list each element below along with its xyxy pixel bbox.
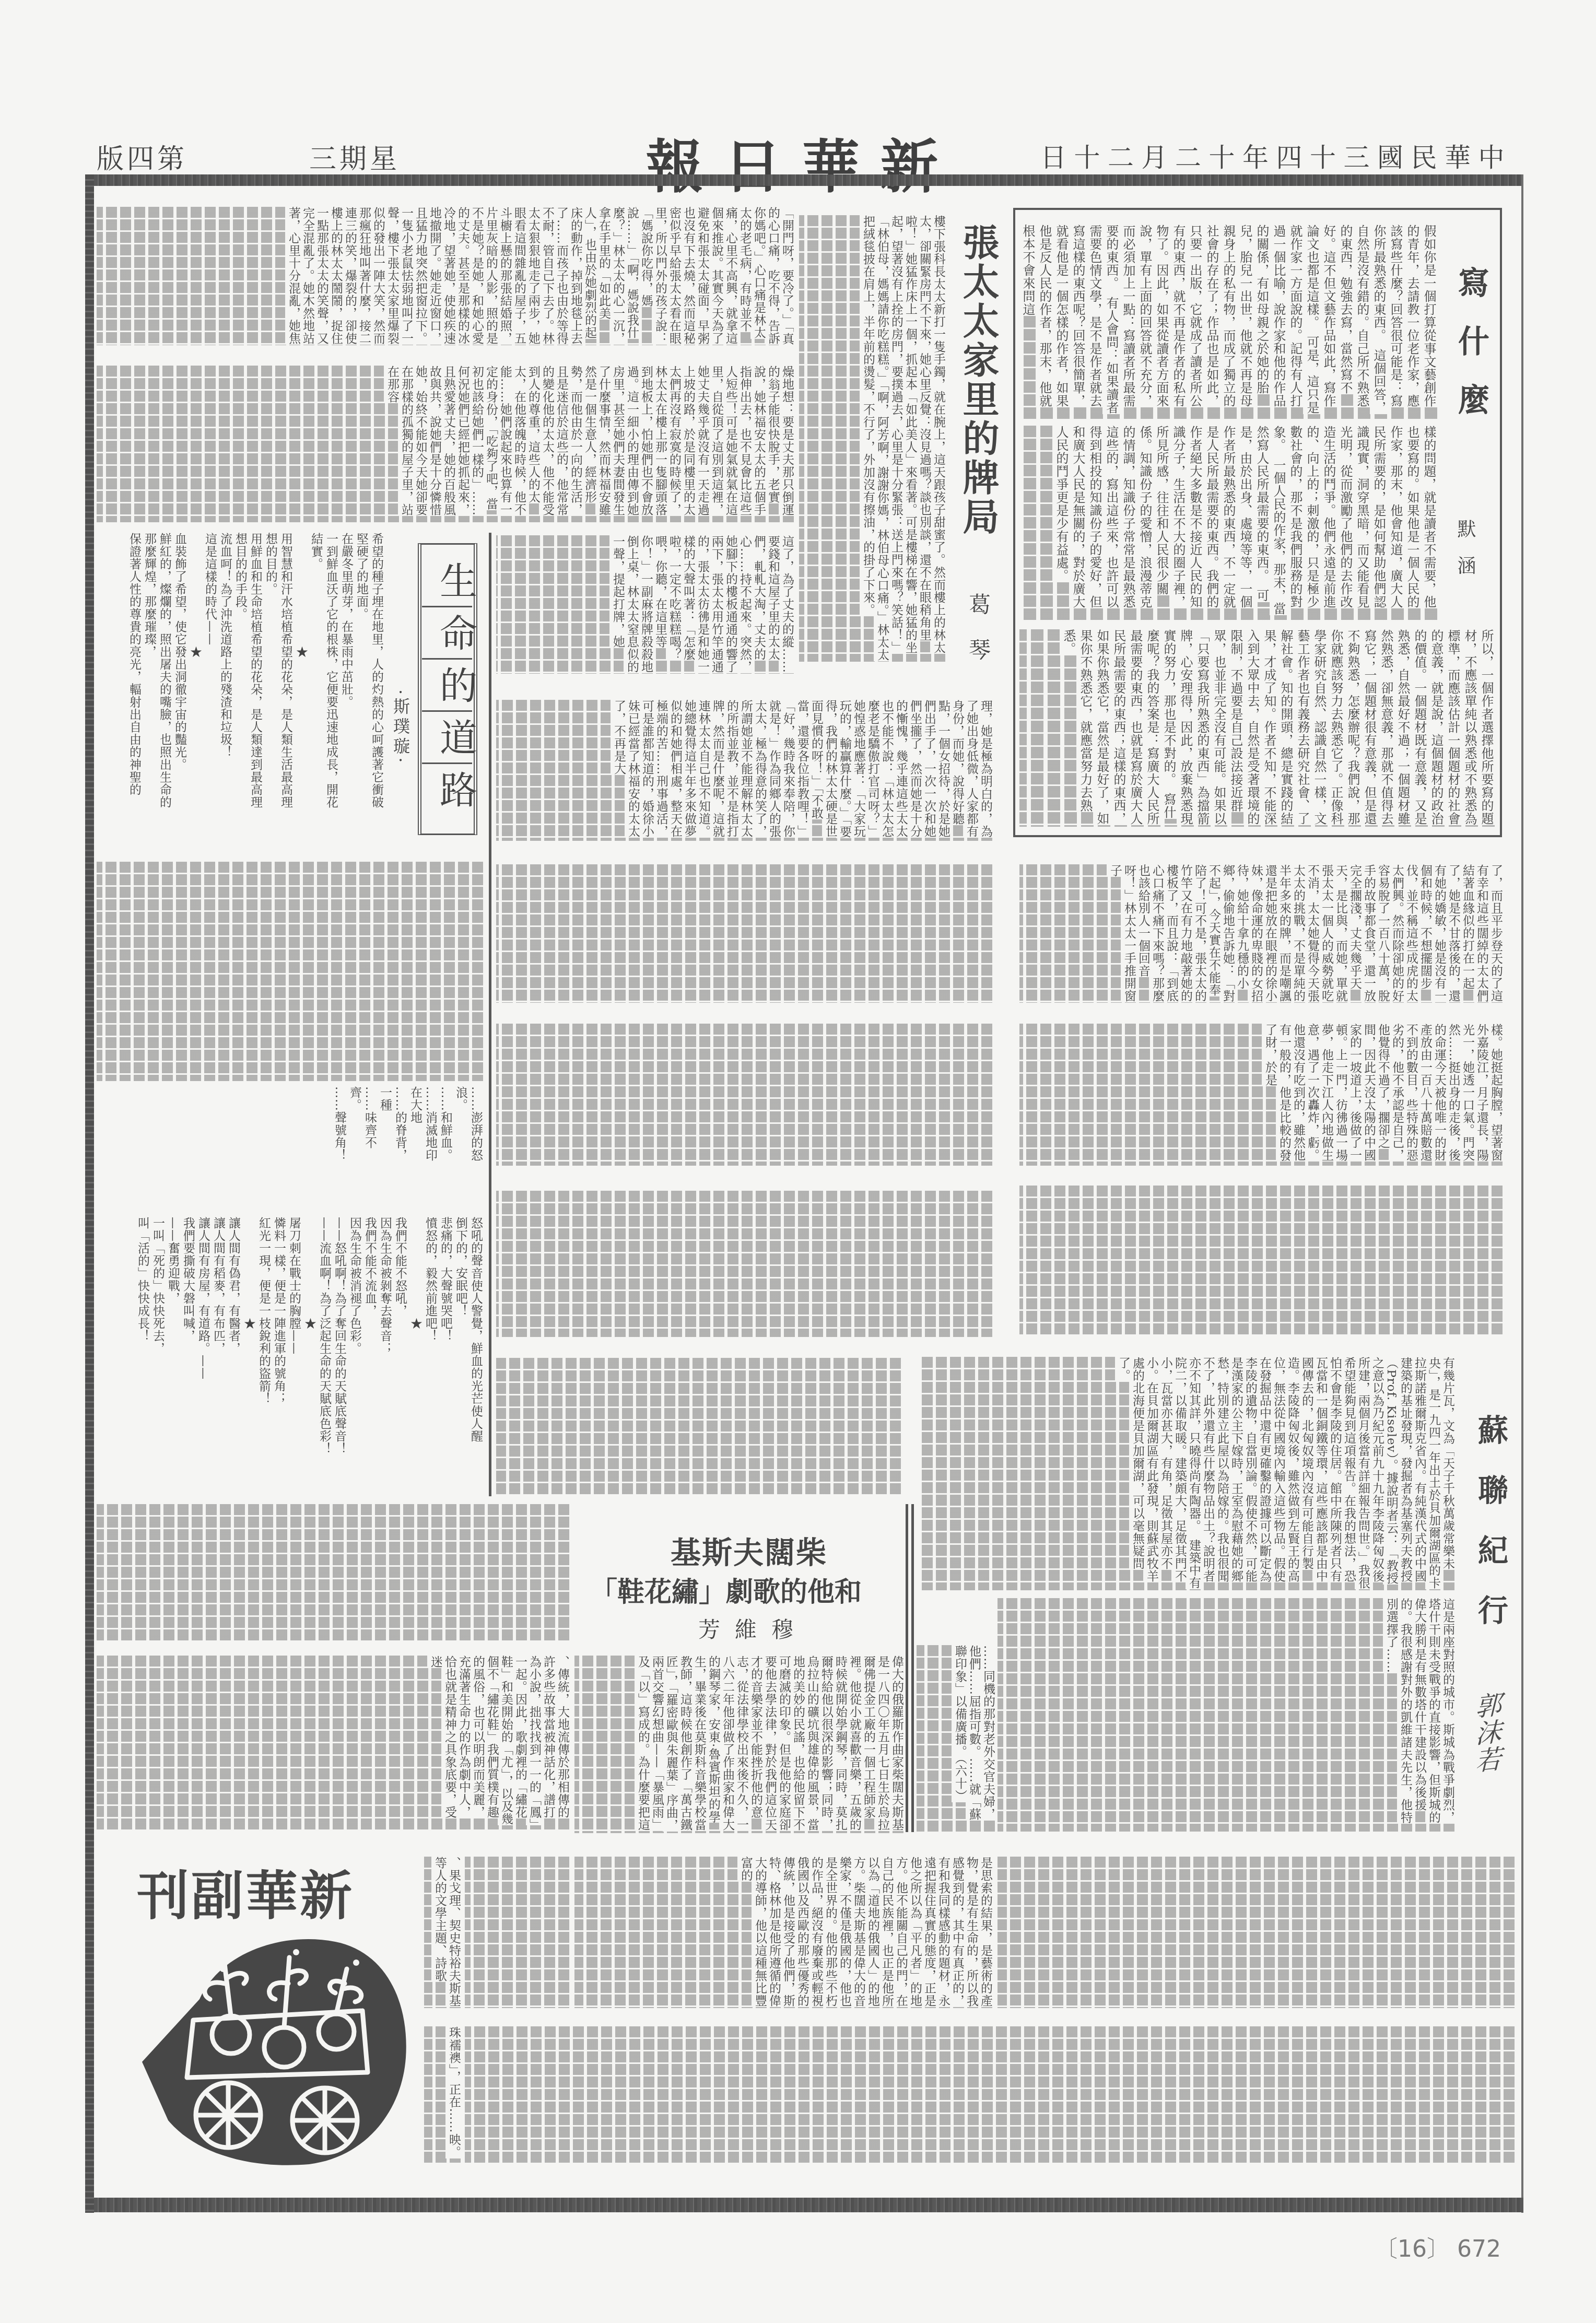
article-title: 寫什麼 [1449, 266, 1494, 442]
page-stamp: 〔16〕 672 [1375, 2230, 1501, 2263]
newspaper-page: 第四版 星期三 新華日報 中華民國三十四年十二月二十日 寫什麼 默涵 假如你是一… [0, 0, 1596, 2323]
edition-label: 第四版 [97, 137, 187, 176]
body-text: 理，她是極為明白的，為了她出身低微，人家都有身份，而她，說得好聽點，一個女招待，… [611, 700, 992, 838]
article-text-block: 樣的問題，就是讀者不需要，他也要寫的。如果他是一個人民的作家，那末，他會知道，廣… [1019, 426, 1437, 620]
illegible-text-block [496, 1191, 992, 1337]
right-border-rule [1521, 174, 1523, 2213]
woodcut-illustration [137, 1921, 411, 2166]
body-text: 偉大的俄羅斯作曲家柴闊夫斯基是一八四〇年五月七日生於烏拉爾佛提金工廠的一個工程師… [635, 1656, 903, 1832]
article-text-block: 「開門呀，要冷了。」「真的心口痛，吃不得，告訴你媽吧。」心口痛是林太太的老毛病，… [97, 207, 794, 345]
article-author: 穆維芳 [698, 1613, 808, 1644]
illegible-text-block [1019, 1186, 1503, 1334]
author-signature: 郭沫若 [1468, 1690, 1505, 1776]
body-text: 這是兩座對照的城市。斯城為戰爭劇烈，塔什干則未受戰爭的直接影響，但斯城的偉大勝利… [1383, 1598, 1454, 1824]
article-text-block: 理，她是極為明白的，為了她出身低微，人家都有身份，而她，說得好聽點，一個女招待，… [496, 700, 992, 841]
article-author: 默涵 [1452, 519, 1478, 592]
article-title: 蘇聯紀行 [1469, 1414, 1512, 1655]
title-separator [422, 606, 472, 607]
body-text: 這了，為了丈夫的縱……要錢和這屋子里的太太們，軋軋大淘，丈夫的心……持不起來。突… [609, 535, 794, 673]
poem-author-line: ·斯璞璇· [389, 689, 413, 766]
poem-author: 斯璞璇 [391, 698, 410, 757]
article-title: 張太太家里的牌局 [952, 224, 1005, 537]
body-text: 了，而且平步登天的了這有幸和這些闊綽的太太們結著血緣似的打在一起了，她是不甘落後… [1107, 864, 1503, 1002]
archive-page-number: 672 [1457, 2236, 1501, 2262]
article-text-block: 珠襦襖」，正在……映。 [424, 2026, 461, 2163]
body-text: 有幾片瓦，文為「天子千秋萬歲常樂未央」，是一九四一年出土於貝加爾湖區的卡拉斯諾雅… [1115, 1357, 1454, 1589]
body-text: 珠襦襖」，正在……映。 [445, 2026, 461, 2158]
weekday-label: 星期三 [309, 137, 400, 176]
body-text: 、果戈理、契史特裕夫斯基等人的文學主題、詩歌 [431, 1857, 461, 2007]
article-title-line1: 柴闊夫斯基 [671, 1528, 827, 1572]
section-divider-double-rule [906, 1504, 914, 1832]
body-text: 假如你是一個打算從事文藝創作的青年，去請教一位老作家，應該寫些什麼？回答很可能是… [1019, 225, 1437, 414]
article-text-block: 偉大的俄羅斯作曲家柴闊夫斯基是一八四〇年五月七日生於烏拉爾佛提金工廠的一個工程師… [574, 1656, 903, 1833]
illegible-text-block [997, 1857, 1515, 2008]
illegible-text-block [496, 1358, 901, 1495]
illegible-text-block [465, 1857, 569, 2008]
body-text: 所以，一個作者選擇他所要寫的題材，不應該單純以熟悉或不熟悉為標準，而應該估計一個… [1060, 629, 1495, 825]
title-separator [422, 710, 472, 712]
illegible-text-block [97, 862, 483, 1081]
body-text: 「開門呀，要冷了。」「真的心口痛，吃不得，告訴你媽吧。」心口痛是林太太的老毛病，… [285, 207, 794, 345]
illegible-text-block [465, 2026, 1515, 2163]
illegible-text-block [496, 864, 992, 1003]
article-text-block: 這了，為了丈夫的縱……要錢和這屋子里的太太們，軋軋大淘，丈夫的心……持不起來。突… [496, 535, 794, 674]
body-text: 、傳統，大地流傳於那相傳的許多些故事當被神話化，譜打為小說，拙找找到一一的「鳳」… [427, 1656, 569, 1825]
title-separator [422, 762, 472, 764]
poem-stanza: 怒吼的聲音使人警覺，鮮血的光芒使人醒 倒下的，安眠吧！ 悲痛的，大聲號哭吧！ 憤… [97, 1217, 483, 1494]
article-text-block: 樓下張科長太太新打一隻手鐲，就在腕上，這天跟孩子甜蜜了。然而樓上的林太太，卻關緊… [799, 215, 945, 662]
poem-stanza: 希望的種子埋在地里，人的灼熱的心呵護著它衝破 堅硬了的地面。 在嚴冬里萌芽，在暴… [97, 533, 384, 846]
article-text-block: 這是兩座對照的城市。斯城為戰爭劇烈，塔什干則未受戰爭的直接影響，但斯城的偉大勝利… [997, 1598, 1454, 1832]
poem-stanza: ……澎湃的怒浪。 ……和鮮血。 ……消滅地印在大地 ……的脊背，一種 ……味齊不… [97, 1086, 483, 1167]
issue-number: 〔16〕 [1375, 2236, 1450, 2262]
article-text-block: 了，而且平步登天的了這有幸和這些闊綽的太太們結著血緣似的打在一起了，她是不甘落後… [1019, 864, 1503, 1003]
article-text-block: 、果戈理、契史特裕夫斯基等人的文學主題、詩歌 [424, 1857, 461, 2008]
issue-date: 中華民國三十四年十二月二十日 [1040, 137, 1512, 174]
article-text-block: 所以，一個作者選擇他所要寫的題材，不應該單純以熟悉或不熟悉為標準，而應該估計一個… [1019, 629, 1495, 827]
masthead-rule [94, 174, 1523, 186]
article-text-block: 假如你是一個打算從事文藝創作的青年，去請教一位老作家，應該寫些什麼？回答很可能是… [1019, 225, 1437, 419]
bottom-border-rule [94, 2198, 1523, 2212]
bullet-dot: · [391, 689, 410, 698]
article-text-block: 、傳統，大地流傳於那相傳的許多些故事當被神話化，譜打為小說，拙找找到一一的「鳳」… [97, 1656, 569, 1831]
installment-number: （六十） [952, 1758, 968, 1802]
illegible-text-block [496, 1024, 992, 1166]
column-divider-rule [489, 533, 491, 1496]
body-text: 樣的問題，就是讀者不需要，他也要寫的。如果他是一個人民的作家，那末，他會知道，廣… [1052, 426, 1437, 615]
article-author: 葛琴 [963, 593, 994, 684]
article-text-block: 有幾片瓦，文為「天子千秋萬歲常樂未央」，是一九四一年出土於貝加爾湖區的卡拉斯諾雅… [919, 1357, 1454, 1590]
poem-title: 生命的道路 [428, 561, 483, 823]
article-title-line2: 和他的歌劇「繡花鞋」 [590, 1570, 862, 1609]
article-text-block: 燥地想：要是丈夫那只倒運的翁子能很快脫手，老實說，她林福安太太的五個手指伸出去，… [97, 366, 794, 522]
article-text-block: ……同機的那對老外交官夫婦，他們……屈指可數。……就「蘇聯印象」以備廣播。（六十… [917, 1645, 995, 1832]
newspaper-title: 新華日報 [646, 121, 959, 204]
left-border-rule [85, 174, 94, 2213]
article-text-block: 樣。她挺起胸膛，望著窗外嘉陵江，月子還長，陽光一，她透一口氣。門突然……挺出身的… [1019, 1024, 1503, 1166]
body-text: 樓下張科長太太新打一隻手鐲，就在腕上，這天跟孩子甜蜜了。然而樓上的林太太，卻關緊… [860, 215, 945, 661]
bullet-dot: · [391, 757, 410, 766]
body-text: 是思索的結果，是藝術的產物，覺是有生命的，所以我感覺到的，其中有真正的，有和我同… [737, 1857, 992, 2007]
illegible-text-block [97, 1504, 569, 1641]
body-text: 樣。她挺起胸膛，望著窗外嘉陵江，月子還長，陽光一，她透一口氣。門突然……挺出身的… [1262, 1024, 1503, 1161]
supplement-title: 新華副刊 [137, 1854, 354, 1929]
article-text-block: 是思索的結果，是藝術的產物，覺是有生命的，所以我感覺到的，其中有真正的，有和我同… [574, 1857, 992, 2008]
body-text: 燥地想：要是丈夫那只倒運的翁子能很快脫手，老實說，她林福安太太的五個手指伸出去，… [384, 366, 794, 516]
title-separator [422, 658, 472, 660]
